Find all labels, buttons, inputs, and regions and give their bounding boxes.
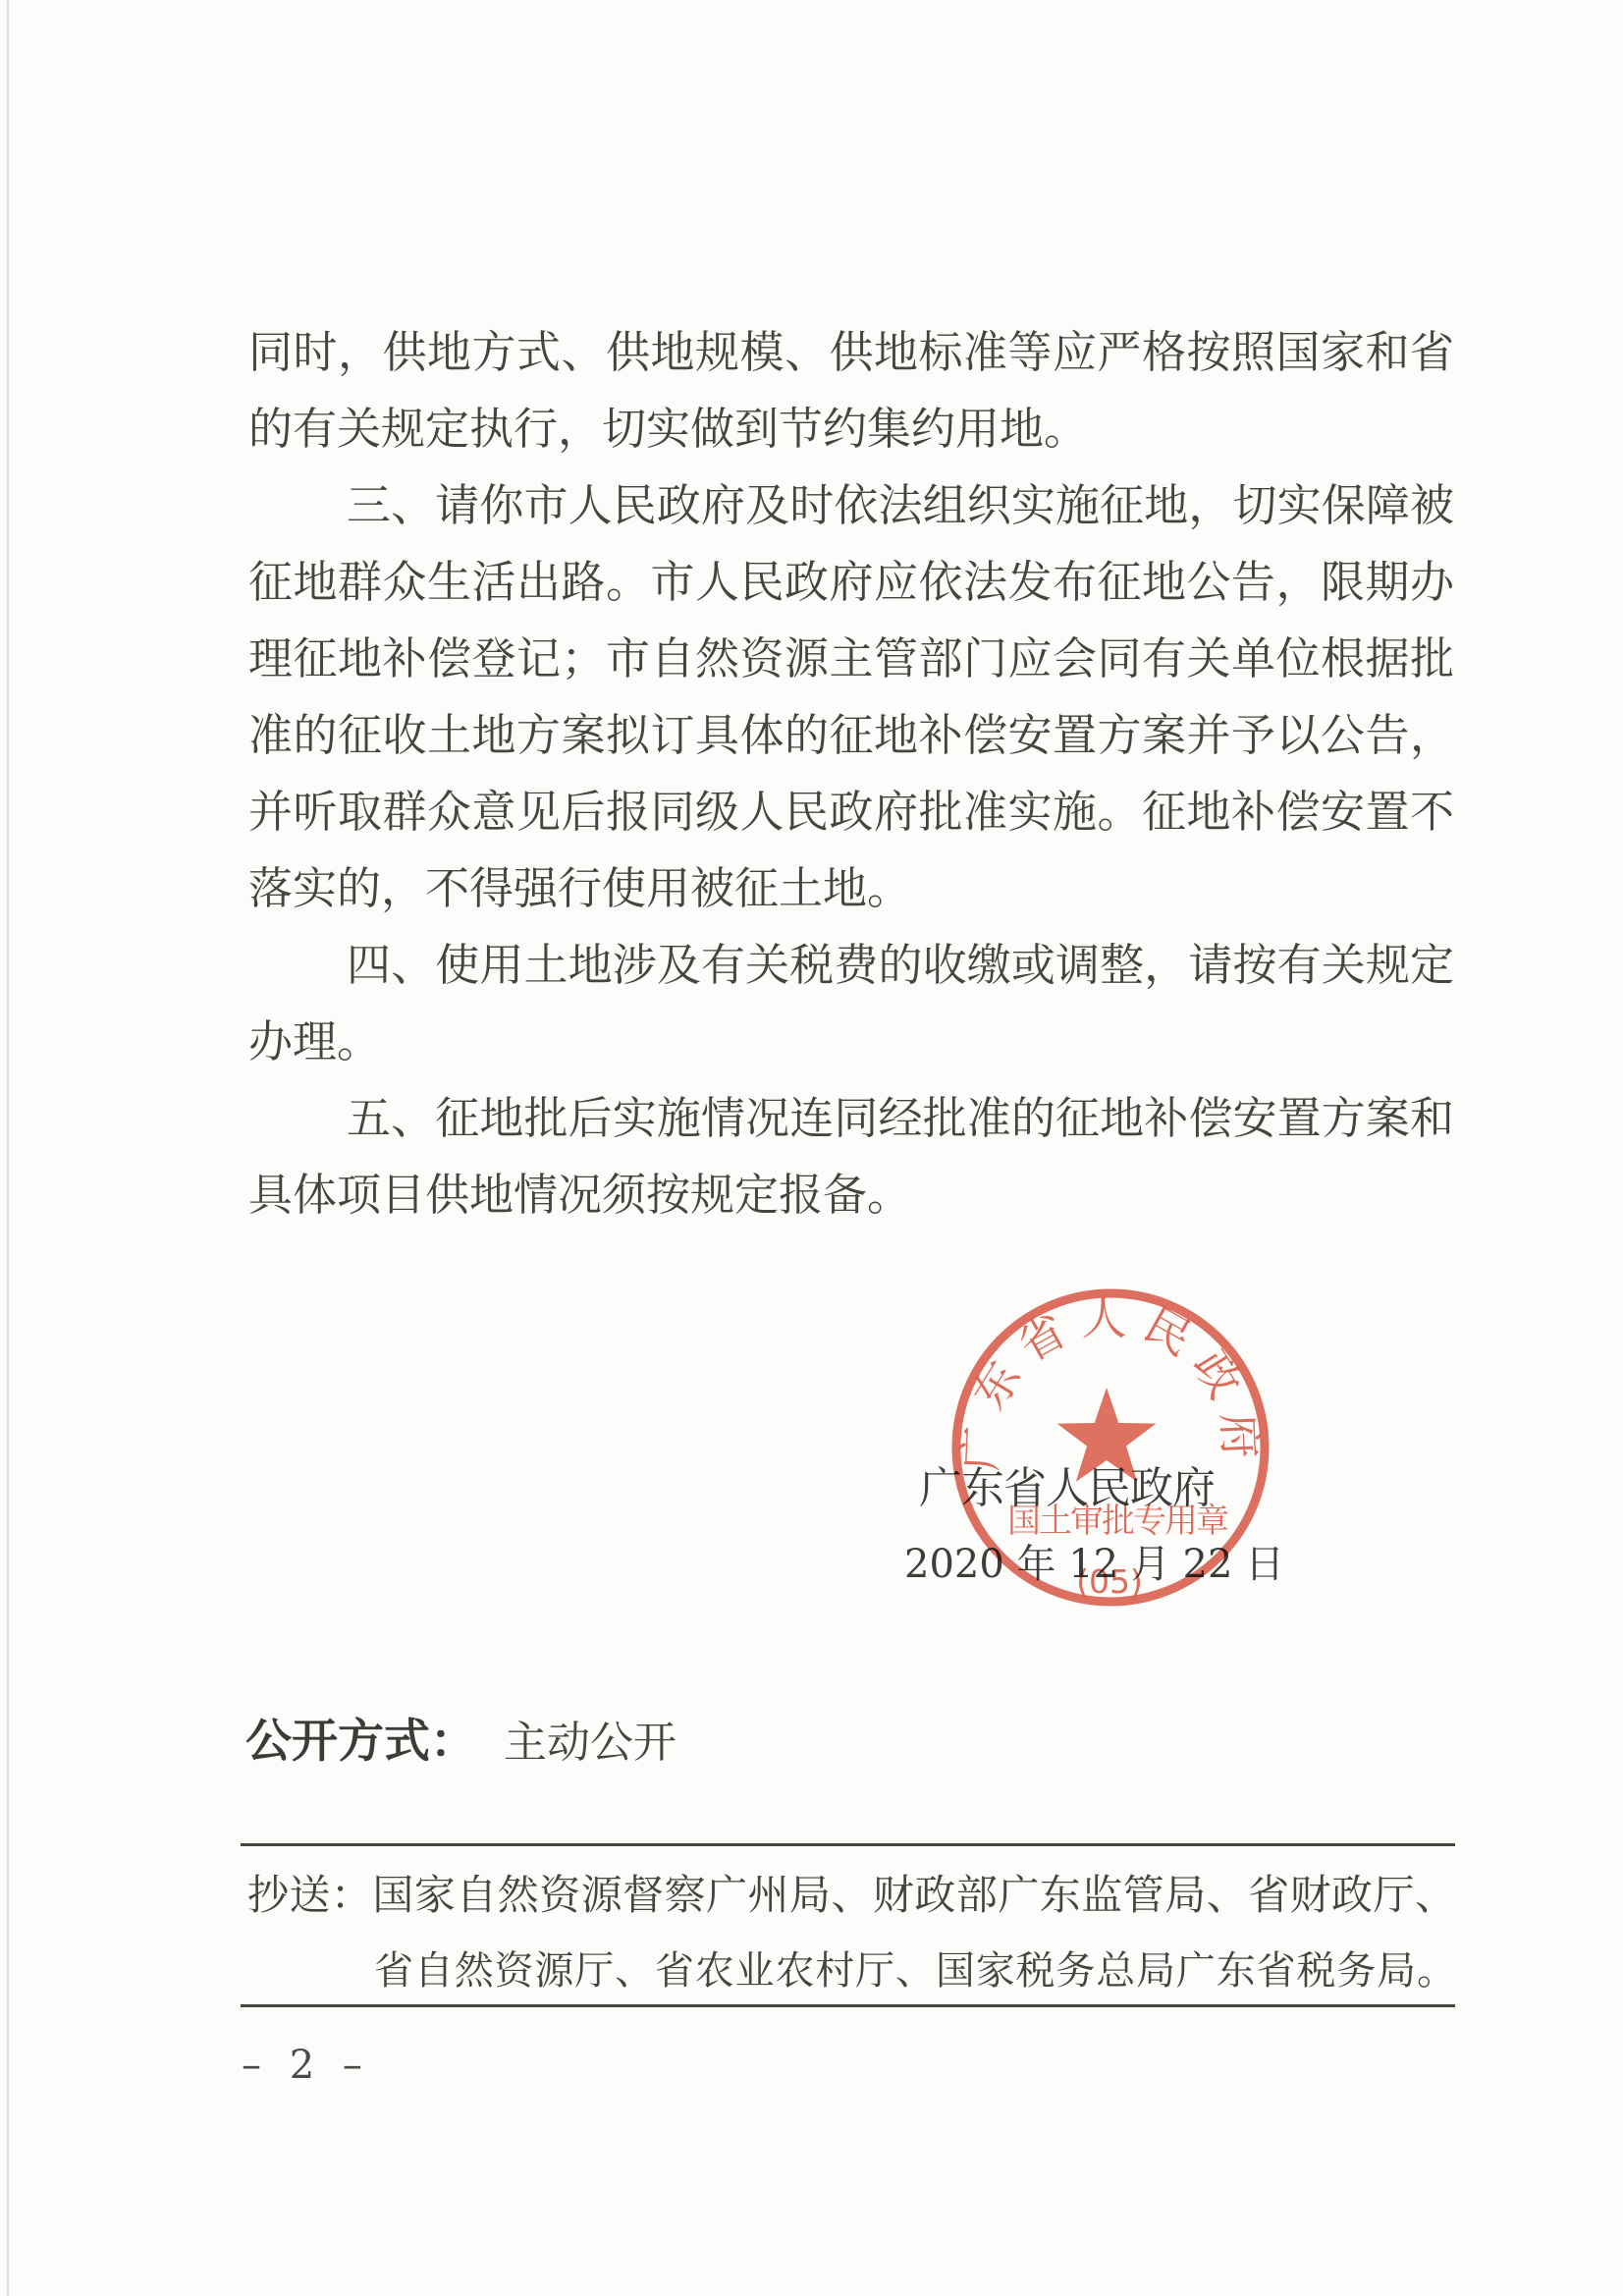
- cc-divider-bottom: [241, 2004, 1455, 2007]
- cc-label: 抄送：: [247, 1871, 372, 1919]
- cc-divider-top: [241, 1843, 1455, 1846]
- cc-line: 省自然资源厅、省农业农村厅、国家税务总局广东省税务局。: [374, 1940, 1456, 2002]
- disclosure-value: 主动公开: [504, 1718, 676, 1768]
- body-line: 理征地补偿登记；市自然资源主管部门应会同有关单位根据批: [248, 621, 1454, 697]
- body-line: 具体项目供地情况须按规定报备。: [248, 1157, 1454, 1233]
- page-number: – 2 –: [242, 2043, 370, 2088]
- cc-line: 抄送：国家自然资源督察广州局、财政部广东监管局、省财政厅、: [247, 1864, 1456, 1927]
- body-line: 的有关规定执行，切实做到节约集约用地。: [248, 391, 1454, 467]
- star-icon: [1057, 1388, 1157, 1482]
- body-line: 征地群众生活出路。市人民政府应依法发布征地公告，限期办: [248, 544, 1454, 621]
- disclosure-label: 公开方式：: [245, 1715, 476, 1769]
- disclosure-line: 公开方式：主动公开: [245, 1705, 676, 1771]
- cc-text: 国家自然资源督察广州局、财政部广东监管局、省财政厅、: [372, 1871, 1456, 1919]
- body-line: 落实的，不得强行使用被征土地。: [248, 850, 1454, 927]
- body-line: 五、征地批后实施情况连同经批准的征地补偿安置方案和: [248, 1080, 1454, 1157]
- body-line: 同时，供地方式、供地规模、供地标准等应严格按照国家和省: [248, 314, 1454, 391]
- seal-center-text: 国土审批专用章: [1007, 1502, 1228, 1541]
- document-body: 同时，供地方式、供地规模、供地标准等应严格按照国家和省 的有关规定执行，切实做到…: [248, 314, 1454, 1233]
- official-seal: 广东省人民政府 国土审批专用章 (05): [950, 1287, 1271, 1608]
- document-page: 同时，供地方式、供地规模、供地标准等应严格按照国家和省 的有关规定执行，切实做到…: [0, 0, 1623, 2296]
- body-line: 四、使用土地涉及有关税费的收缴或调整，请按有关规定: [248, 927, 1454, 1004]
- scan-edge-line: [7, 0, 9, 2296]
- body-line: 准的征收土地方案拟订具体的征地补偿安置方案并予以公告，: [248, 697, 1454, 774]
- body-line: 并听取群众意见后报同级人民政府批准实施。征地补偿安置不: [248, 774, 1454, 850]
- seal-code-text: (05): [1076, 1562, 1143, 1601]
- body-line: 办理。: [248, 1004, 1454, 1080]
- body-line: 三、请你市人民政府及时依法组织实施征地，切实保障被: [248, 467, 1454, 544]
